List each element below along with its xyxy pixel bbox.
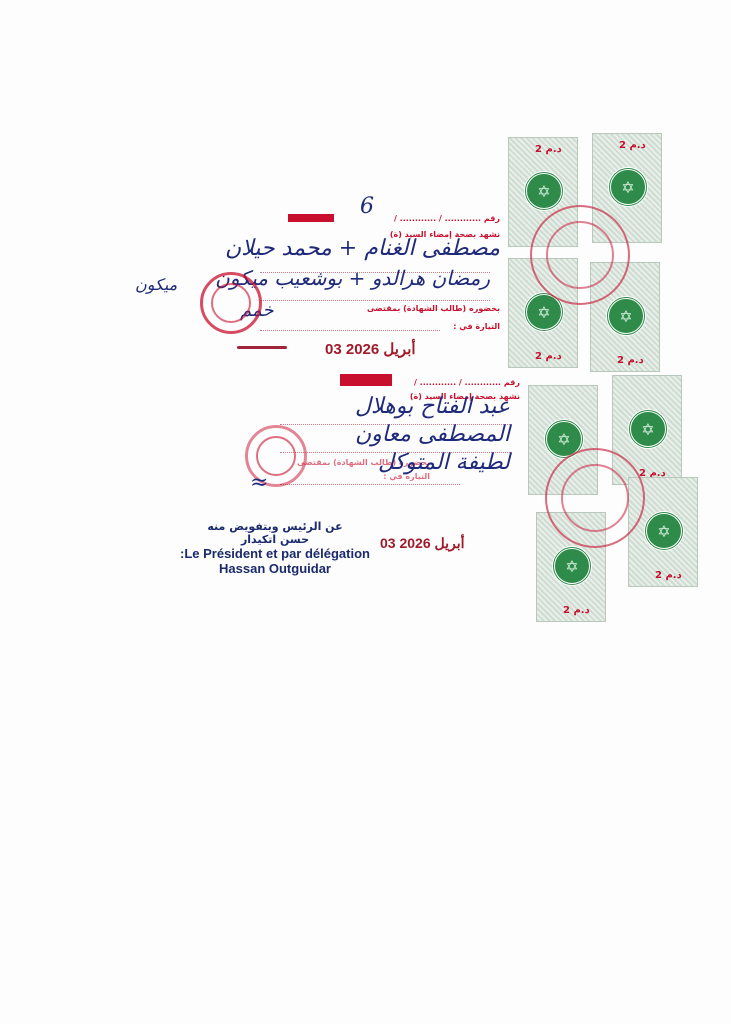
- date-label: التيارة في :: [383, 472, 430, 481]
- number-label: رقم ............ / ............ /: [414, 378, 520, 387]
- red-ink-line: [237, 346, 287, 349]
- star-emblem-icon: ✡: [524, 171, 564, 211]
- signature-scribble: ≈: [250, 470, 268, 495]
- handwritten-number: 6: [360, 194, 374, 219]
- dotted-line: [260, 330, 440, 331]
- date-stamp: 03 أبريل 2026: [325, 340, 416, 358]
- star-emblem-icon: ✡: [552, 546, 592, 586]
- round-seal-stamps-1: [530, 205, 630, 305]
- number-label: رقم ............ / ............ /: [394, 214, 500, 223]
- star-emblem-icon: ✡: [628, 409, 668, 449]
- signature-arabic-line-1: عن الرئيس وبتفويض منه: [180, 520, 370, 533]
- star-emblem-icon: ✡: [606, 296, 646, 336]
- date-stamp-2: 03 أبريل 2026: [380, 535, 465, 552]
- round-seal-stamps-2: [545, 448, 645, 548]
- signature-french-line-1: :Le Président et par délégation: [180, 546, 370, 561]
- president-signature-block: عن الرئيس وبتفويض منه حسن اتكيدار :Le Pr…: [180, 520, 370, 576]
- signature-arabic-line-2: حسن اتكيدار: [180, 533, 370, 546]
- date-label: التيارة في :: [453, 322, 500, 331]
- round-seal-1: [200, 272, 262, 334]
- dotted-line: [280, 484, 460, 485]
- signature-french-line-2: Hassan Outguidar: [180, 561, 370, 576]
- handwritten-names-line-1: مصطفى الغنام + محمد حيلان: [225, 236, 500, 261]
- star-emblem-icon: ✡: [644, 511, 684, 551]
- number-stamp: [340, 374, 392, 386]
- star-emblem-icon: ✡: [608, 167, 648, 207]
- handwritten-names-line-2: المصطفى معاون: [355, 422, 510, 447]
- handwritten-names-overflow: ميكون: [135, 275, 177, 294]
- dotted-line: [260, 300, 490, 301]
- identity-label: بحضوره (طالب الشهادة) بمقتضى: [367, 304, 500, 313]
- handwritten-names-line-1: عبد الفتاح بوهلال: [355, 394, 510, 419]
- number-stamp: [288, 214, 334, 222]
